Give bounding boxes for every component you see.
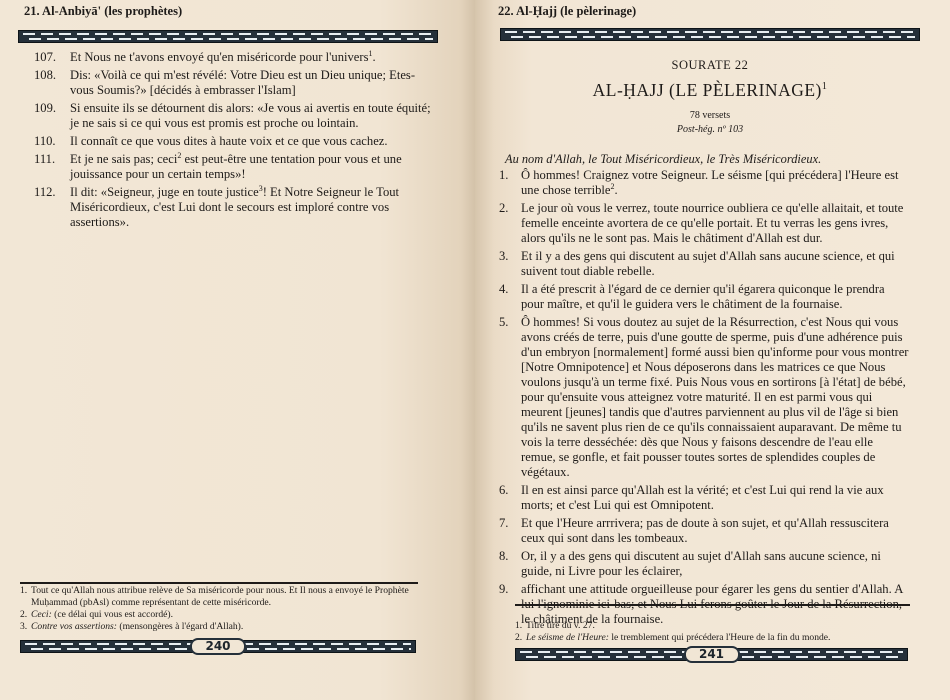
- running-head: 22. Al-Ḥajj (le pèlerinage): [498, 4, 636, 19]
- page-footer: 240: [20, 638, 416, 655]
- verse-text: Il connaît ce que vous dites à haute voi…: [70, 134, 388, 148]
- verse-number: 111.: [34, 152, 55, 167]
- verse-number: 6.: [499, 483, 508, 498]
- verse: 110.Il connaît ce que vous dites à haute…: [34, 134, 434, 149]
- right-page: 22. Al-Ḥajj (le pèlerinage) SOURATE 22 A…: [475, 0, 950, 700]
- verse-number: 9.: [499, 582, 508, 597]
- verse-text: Si ensuite ils se détournent dis alors: …: [70, 101, 431, 130]
- verse: 6.Il en est ainsi parce qu'Allah est la …: [499, 483, 909, 513]
- verse-text: Ô hommes! Craignez votre Seigneur. Le sé…: [521, 168, 899, 197]
- verse-number: 7.: [499, 516, 508, 531]
- verse-number: 1.: [499, 168, 508, 183]
- verse: 7.Et que l'Heure arrrivera; pas de doute…: [499, 516, 909, 546]
- basmala: Au nom d'Allah, le Tout Miséricordieux, …: [505, 152, 821, 167]
- footnote-number: 3.: [20, 621, 27, 633]
- footnote-term: Le séisme de l'Heure:: [526, 632, 609, 643]
- verse-number: 3.: [499, 249, 508, 264]
- verse-text: Or, il y a des gens qui discutent au suj…: [521, 549, 881, 578]
- sourate-title: AL-ḤAJJ (LE PÈLERINAGE)1: [505, 80, 915, 101]
- verse-number: 8.: [499, 549, 508, 564]
- page-number: 240: [190, 638, 246, 655]
- footnote: 2.Ceci: (ce délai qui vous est accordé).: [20, 609, 425, 621]
- page-footer: 241: [515, 646, 908, 663]
- verse-number: 112.: [34, 185, 56, 200]
- page-number: 241: [684, 646, 740, 663]
- footnotes: 1.Titre tiré du v. 27. 2.Le séisme de l'…: [515, 620, 915, 644]
- verse-text: Il dit: «Seigneur, juge en toute justice: [70, 185, 259, 199]
- verse-text: Il en est ainsi parce qu'Allah est la vé…: [521, 483, 884, 512]
- footnote: 2.Le séisme de l'Heure: le tremblement q…: [515, 632, 915, 644]
- verse-number: 110.: [34, 134, 56, 149]
- verse-text: Il a été prescrit à l'égard de ce dernie…: [521, 282, 885, 311]
- verse-number: 5.: [499, 315, 508, 330]
- footnote-text: (mensongères à l'égard d'Allah).: [117, 621, 243, 632]
- verse-text: Et il y a des gens qui discutent au suje…: [521, 249, 895, 278]
- verse: 3.Et il y a des gens qui discutent au su…: [499, 249, 909, 279]
- verse-text: Le jour où vous le verrez, toute nourric…: [521, 201, 903, 245]
- footnote-term: Ceci:: [31, 609, 52, 620]
- sourate-title-text: AL-ḤAJJ (LE PÈLERINAGE): [593, 80, 822, 100]
- verse: 1.Ô hommes! Craignez votre Seigneur. Le …: [499, 168, 909, 198]
- book-spread: 21. Al-Anbiyā' (les prophètes) 107.Et No…: [0, 0, 950, 700]
- verse: 5.Ô hommes! Si vous doutez au sujet de l…: [499, 315, 909, 480]
- verse-number: 4.: [499, 282, 508, 297]
- verse-number: 107.: [34, 50, 56, 65]
- footnote-number: 2.: [20, 609, 27, 621]
- ornamental-band-top: [18, 30, 438, 43]
- verse-text: Dis: «Voilà ce qui m'est révélé: Votre D…: [70, 68, 415, 97]
- verse-number: 2.: [499, 201, 508, 216]
- footnotes: 1.Tout ce qu'Allah nous attribue relève …: [20, 585, 425, 633]
- footnote: 1.Titre tiré du v. 27.: [515, 620, 915, 632]
- verse-text: Et je ne sais pas; ceci: [70, 152, 177, 166]
- footnote-divider: [20, 582, 418, 584]
- footnote-text: Titre tiré du v. 27.: [526, 620, 595, 631]
- verse: 2.Le jour où vous le verrez, toute nourr…: [499, 201, 909, 246]
- footnote-divider: [515, 604, 910, 606]
- verse: 109.Si ensuite ils se détournent dis alo…: [34, 101, 434, 131]
- footnote-number: 2.: [515, 632, 522, 644]
- verse: 111.Et je ne sais pas; ceci2 est peut-êt…: [34, 152, 434, 182]
- verse: 4.Il a été prescrit à l'égard de ce dern…: [499, 282, 909, 312]
- verse: 112.Il dit: «Seigneur, juge en toute jus…: [34, 185, 434, 230]
- footnote-text: le tremblement qui précédera l'Heure de …: [609, 632, 831, 643]
- left-page: 21. Al-Anbiyā' (les prophètes) 107.Et No…: [0, 0, 475, 700]
- revelation-order: Post-hég. nº 103: [505, 124, 915, 135]
- footnote-number: 1.: [515, 620, 522, 632]
- verse: 108.Dis: «Voilà ce qui m'est révélé: Vot…: [34, 68, 434, 98]
- footnote: 1.Tout ce qu'Allah nous attribue relève …: [20, 585, 425, 609]
- running-head: 21. Al-Anbiyā' (les prophètes): [24, 4, 182, 19]
- verse-text: Ô hommes! Si vous doutez au sujet de la …: [521, 315, 909, 479]
- verse-text-tail: .: [615, 183, 618, 197]
- ornamental-band-top: [500, 28, 920, 41]
- sourate-label: SOURATE 22: [505, 58, 915, 73]
- verse-list: 107.Et Nous ne t'avons envoyé qu'en misé…: [34, 50, 434, 233]
- verse-list: 1.Ô hommes! Craignez votre Seigneur. Le …: [499, 168, 909, 630]
- verse-number: 108.: [34, 68, 56, 83]
- verse: 107.Et Nous ne t'avons envoyé qu'en misé…: [34, 50, 434, 65]
- footnote-term: Contre vos assertions:: [31, 621, 117, 632]
- footnote-text: (ce délai qui vous est accordé).: [52, 609, 173, 620]
- verse-count: 78 versets: [505, 110, 915, 121]
- verse-number: 109.: [34, 101, 56, 116]
- verse: 8.Or, il y a des gens qui discutent au s…: [499, 549, 909, 579]
- footnote-ref: 1: [822, 81, 828, 92]
- verse-text: Et Nous ne t'avons envoyé qu'en misérico…: [70, 50, 369, 64]
- footnote: 3.Contre vos assertions: (mensongères à …: [20, 621, 425, 633]
- footnote-text: Tout ce qu'Allah nous attribue relève de…: [31, 585, 409, 608]
- verse-text: Et que l'Heure arrrivera; pas de doute à…: [521, 516, 889, 545]
- verse-text-tail: .: [373, 50, 376, 64]
- footnote-number: 1.: [20, 585, 27, 597]
